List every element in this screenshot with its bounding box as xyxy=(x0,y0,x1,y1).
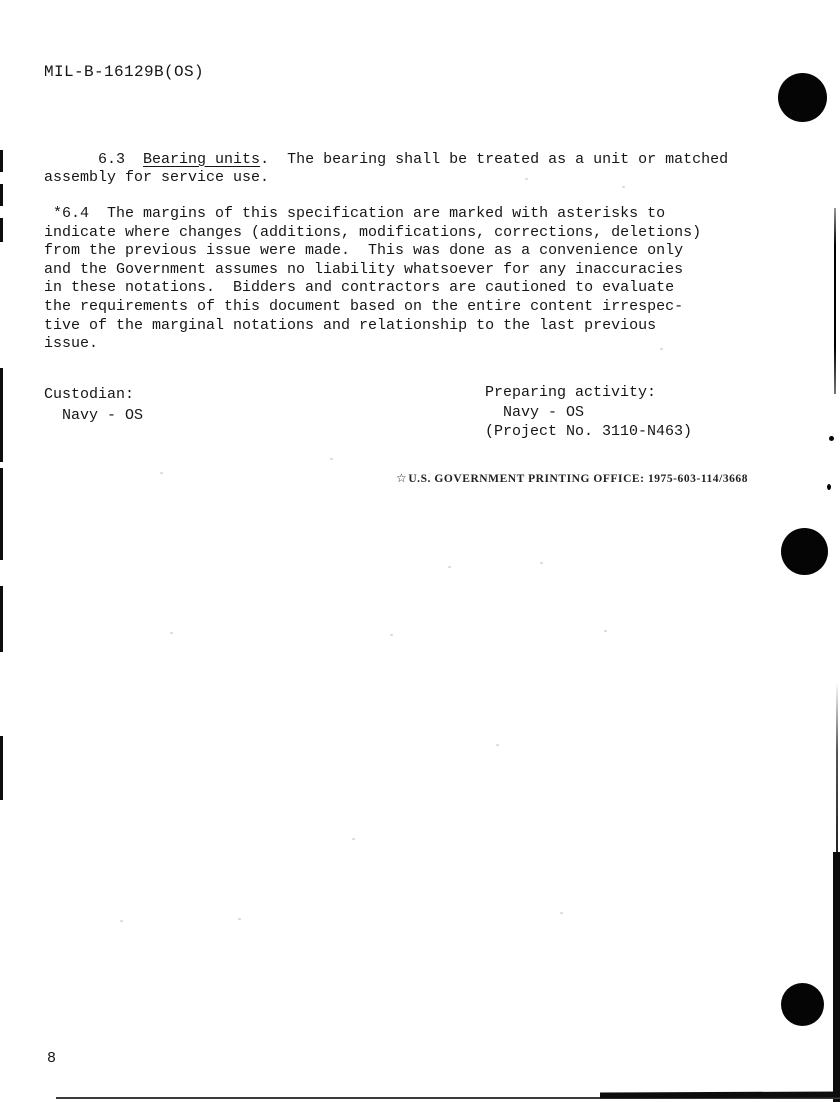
scan-speckle xyxy=(448,566,451,568)
preparing-activity-block: Preparing activity: Navy - OS (Project N… xyxy=(485,383,692,442)
scan-speckle xyxy=(660,348,663,350)
document-id-header: MIL-B-16129B(OS) xyxy=(44,63,204,81)
scan-speckle xyxy=(622,186,625,188)
section-6-3-paragraph: 6.3 Bearing units. The bearing shall be … xyxy=(44,132,728,206)
scan-edge-mark xyxy=(0,218,3,242)
scan-speckle xyxy=(525,178,528,180)
gpo-imprint-text: U.S. GOVERNMENT PRINTING OFFICE: 1975-60… xyxy=(408,473,748,485)
custodian-block: Custodian: Navy - OS xyxy=(44,384,143,426)
scan-speckle xyxy=(540,562,543,564)
scan-edge-line xyxy=(836,682,838,854)
gpo-imprint-line: ☆U.S. GOVERNMENT PRINTING OFFICE: 1975-6… xyxy=(396,471,748,486)
scan-edge-line xyxy=(833,852,840,1102)
section-6-3-title: Bearing units xyxy=(143,151,260,168)
scan-speckle xyxy=(120,920,123,922)
scan-speckle xyxy=(604,630,607,632)
scan-speckle xyxy=(496,744,499,746)
section-6-3-number: 6.3 xyxy=(80,151,143,168)
scan-speckle xyxy=(352,838,355,840)
scan-edge-mark xyxy=(0,736,3,800)
star-icon: ☆ xyxy=(396,471,407,485)
scan-edge-mark xyxy=(0,368,3,462)
scan-speckle xyxy=(330,458,333,460)
punch-hole-mark-middle xyxy=(781,528,828,575)
scan-speckle xyxy=(160,472,163,474)
scan-speckle xyxy=(560,912,563,914)
scan-edge-mark xyxy=(0,586,3,652)
scan-speckle xyxy=(390,634,393,636)
ink-dot-mark xyxy=(827,484,831,490)
scan-edge-mark xyxy=(0,468,3,560)
scan-edge-line xyxy=(834,208,836,394)
scan-speckle xyxy=(238,918,241,920)
punch-hole-mark-top xyxy=(778,73,827,122)
scan-speckle xyxy=(170,632,173,634)
ink-dot-mark xyxy=(829,436,834,441)
scan-edge-mark xyxy=(0,150,3,172)
section-6-4-paragraph: *6.4 The margins of this specification a… xyxy=(44,205,701,354)
scanned-document-page: MIL-B-16129B(OS) 6.3 Bearing units. The … xyxy=(0,0,840,1102)
scan-edge-mark xyxy=(0,184,3,206)
page-number: 8 xyxy=(47,1050,56,1067)
punch-hole-mark-bottom xyxy=(781,983,824,1026)
scan-edge-line xyxy=(600,1091,840,1098)
